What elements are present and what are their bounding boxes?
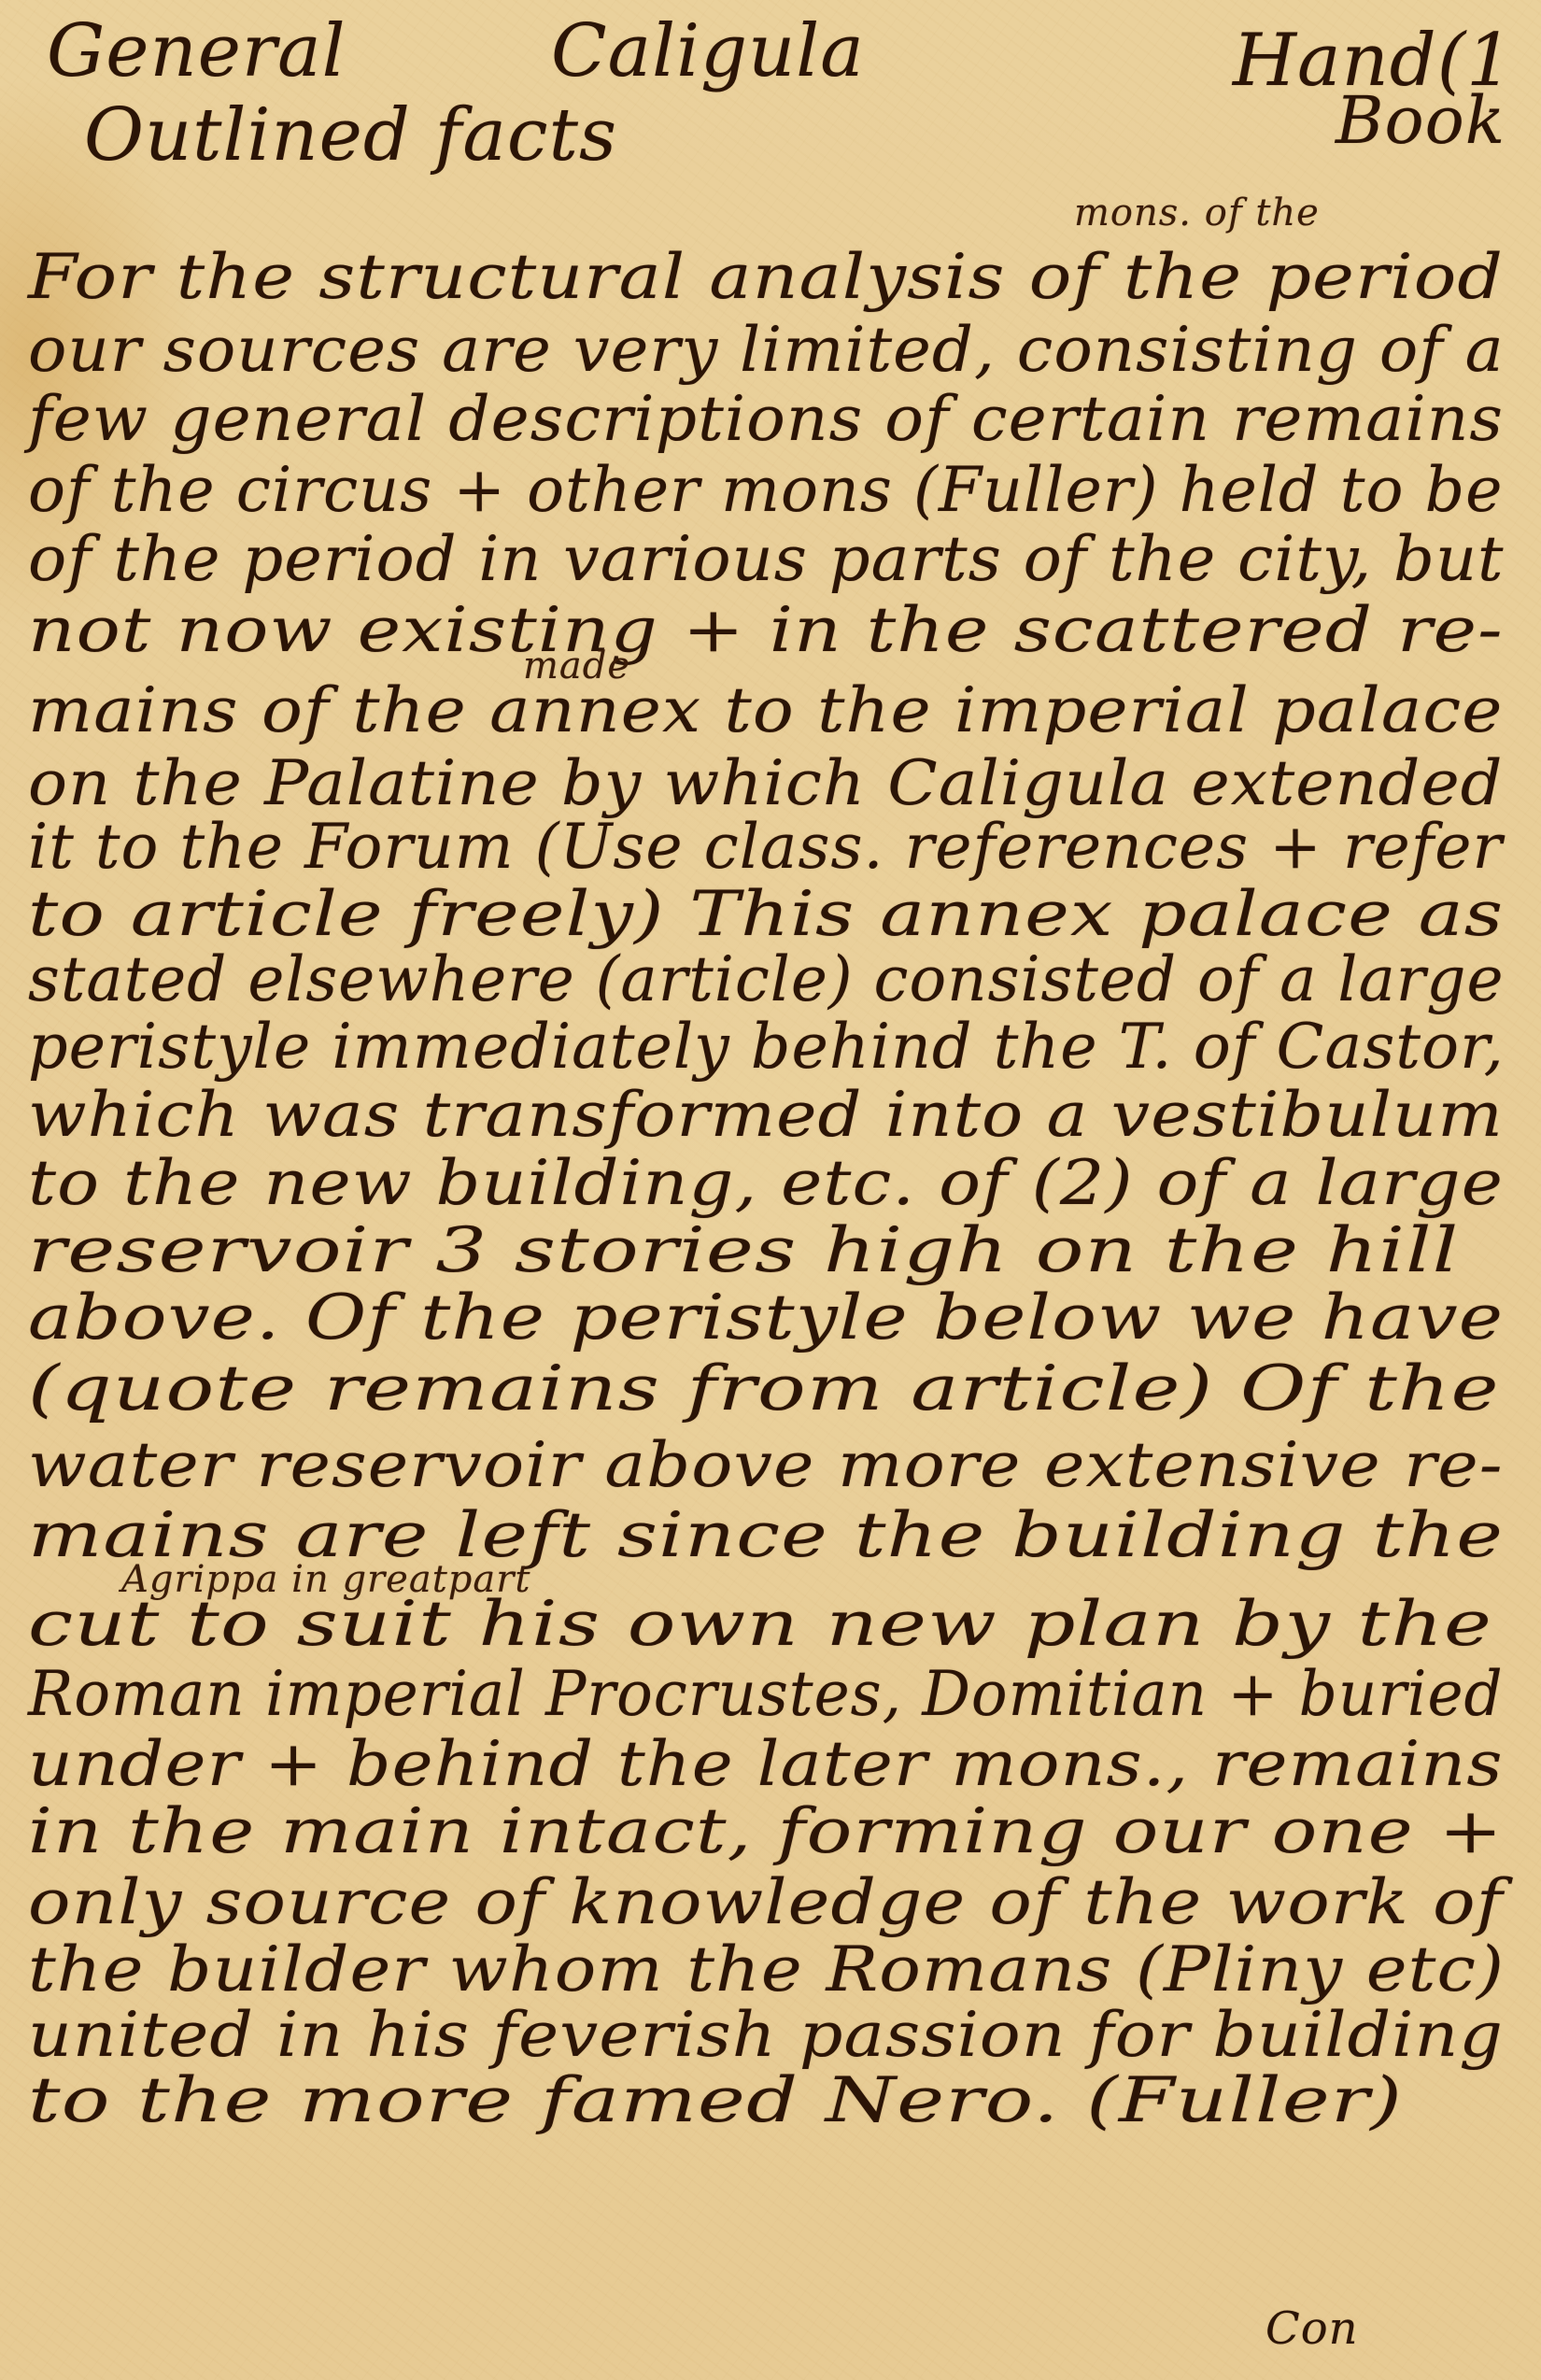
text-line-13: which was transformed into a vestibulum [28,1079,1504,1151]
text-line-15: reservoir 3 stories high on the hill [28,1214,1460,1286]
text-line-21: Roman imperial Procrustes, Domitian + bu… [28,1658,1504,1730]
interlinear-insert-mons: mons. of the [1074,191,1320,234]
text-line-23: in the main intact, forming our one + [28,1795,1504,1867]
text-line-10: to article freely) This annex palace as [28,878,1504,950]
text-line-3: few general descriptions of certain rema… [28,383,1504,455]
header-general: General [47,9,346,93]
header-caligula: Caligula [551,9,865,93]
text-line-6: not now existing + in the scattered re- [28,594,1504,666]
text-line-27: to the more famed Nero. (Fuller) [28,2064,1403,2136]
text-line-9: it to the Forum (Use class. references +… [28,811,1503,883]
text-line-8: on the Palatine by which Caligula extend… [28,747,1504,819]
text-line-12: peristyle immediately behind the T. of C… [28,1011,1505,1083]
text-line-18: water reservoir above more extensive re- [28,1429,1504,1501]
text-line-7: mains of the annex to the imperial palac… [28,674,1504,746]
text-line-4: of the circus + other mons (Fuller) held… [28,454,1503,526]
text-line-16: above. Of the peristyle below we have [28,1282,1504,1353]
manuscript-page: General Caligula Hand(1 Outlined facts B… [0,0,1541,2380]
continuation-mark: Con [1265,2302,1359,2355]
text-line-11: stated elsewhere (article) consisted of … [28,943,1505,1015]
text-line-14: to the new building, etc. of (2) of a la… [28,1147,1504,1219]
text-line-20: cut to suit his own new plan by the [28,1588,1492,1660]
header-outlined-facts: Outlined facts [84,93,617,177]
text-line-5: of the period in various parts of the ci… [28,523,1505,595]
header-book: Book [1336,82,1506,159]
text-line-2: our sources are very limited, consisting… [28,314,1505,386]
text-line-1: For the structural analysis of the perio… [28,241,1504,313]
text-line-24: only source of knowledge of the work of [28,1866,1504,1938]
text-line-25: the builder whom the Romans (Pliny etc) [28,1934,1505,2005]
text-line-22: under + behind the later mons., remains [28,1728,1504,1800]
text-line-17: (quote remains from article) Of the [28,1353,1500,1424]
text-line-26: united in his feverish passion for build… [28,1999,1504,2071]
